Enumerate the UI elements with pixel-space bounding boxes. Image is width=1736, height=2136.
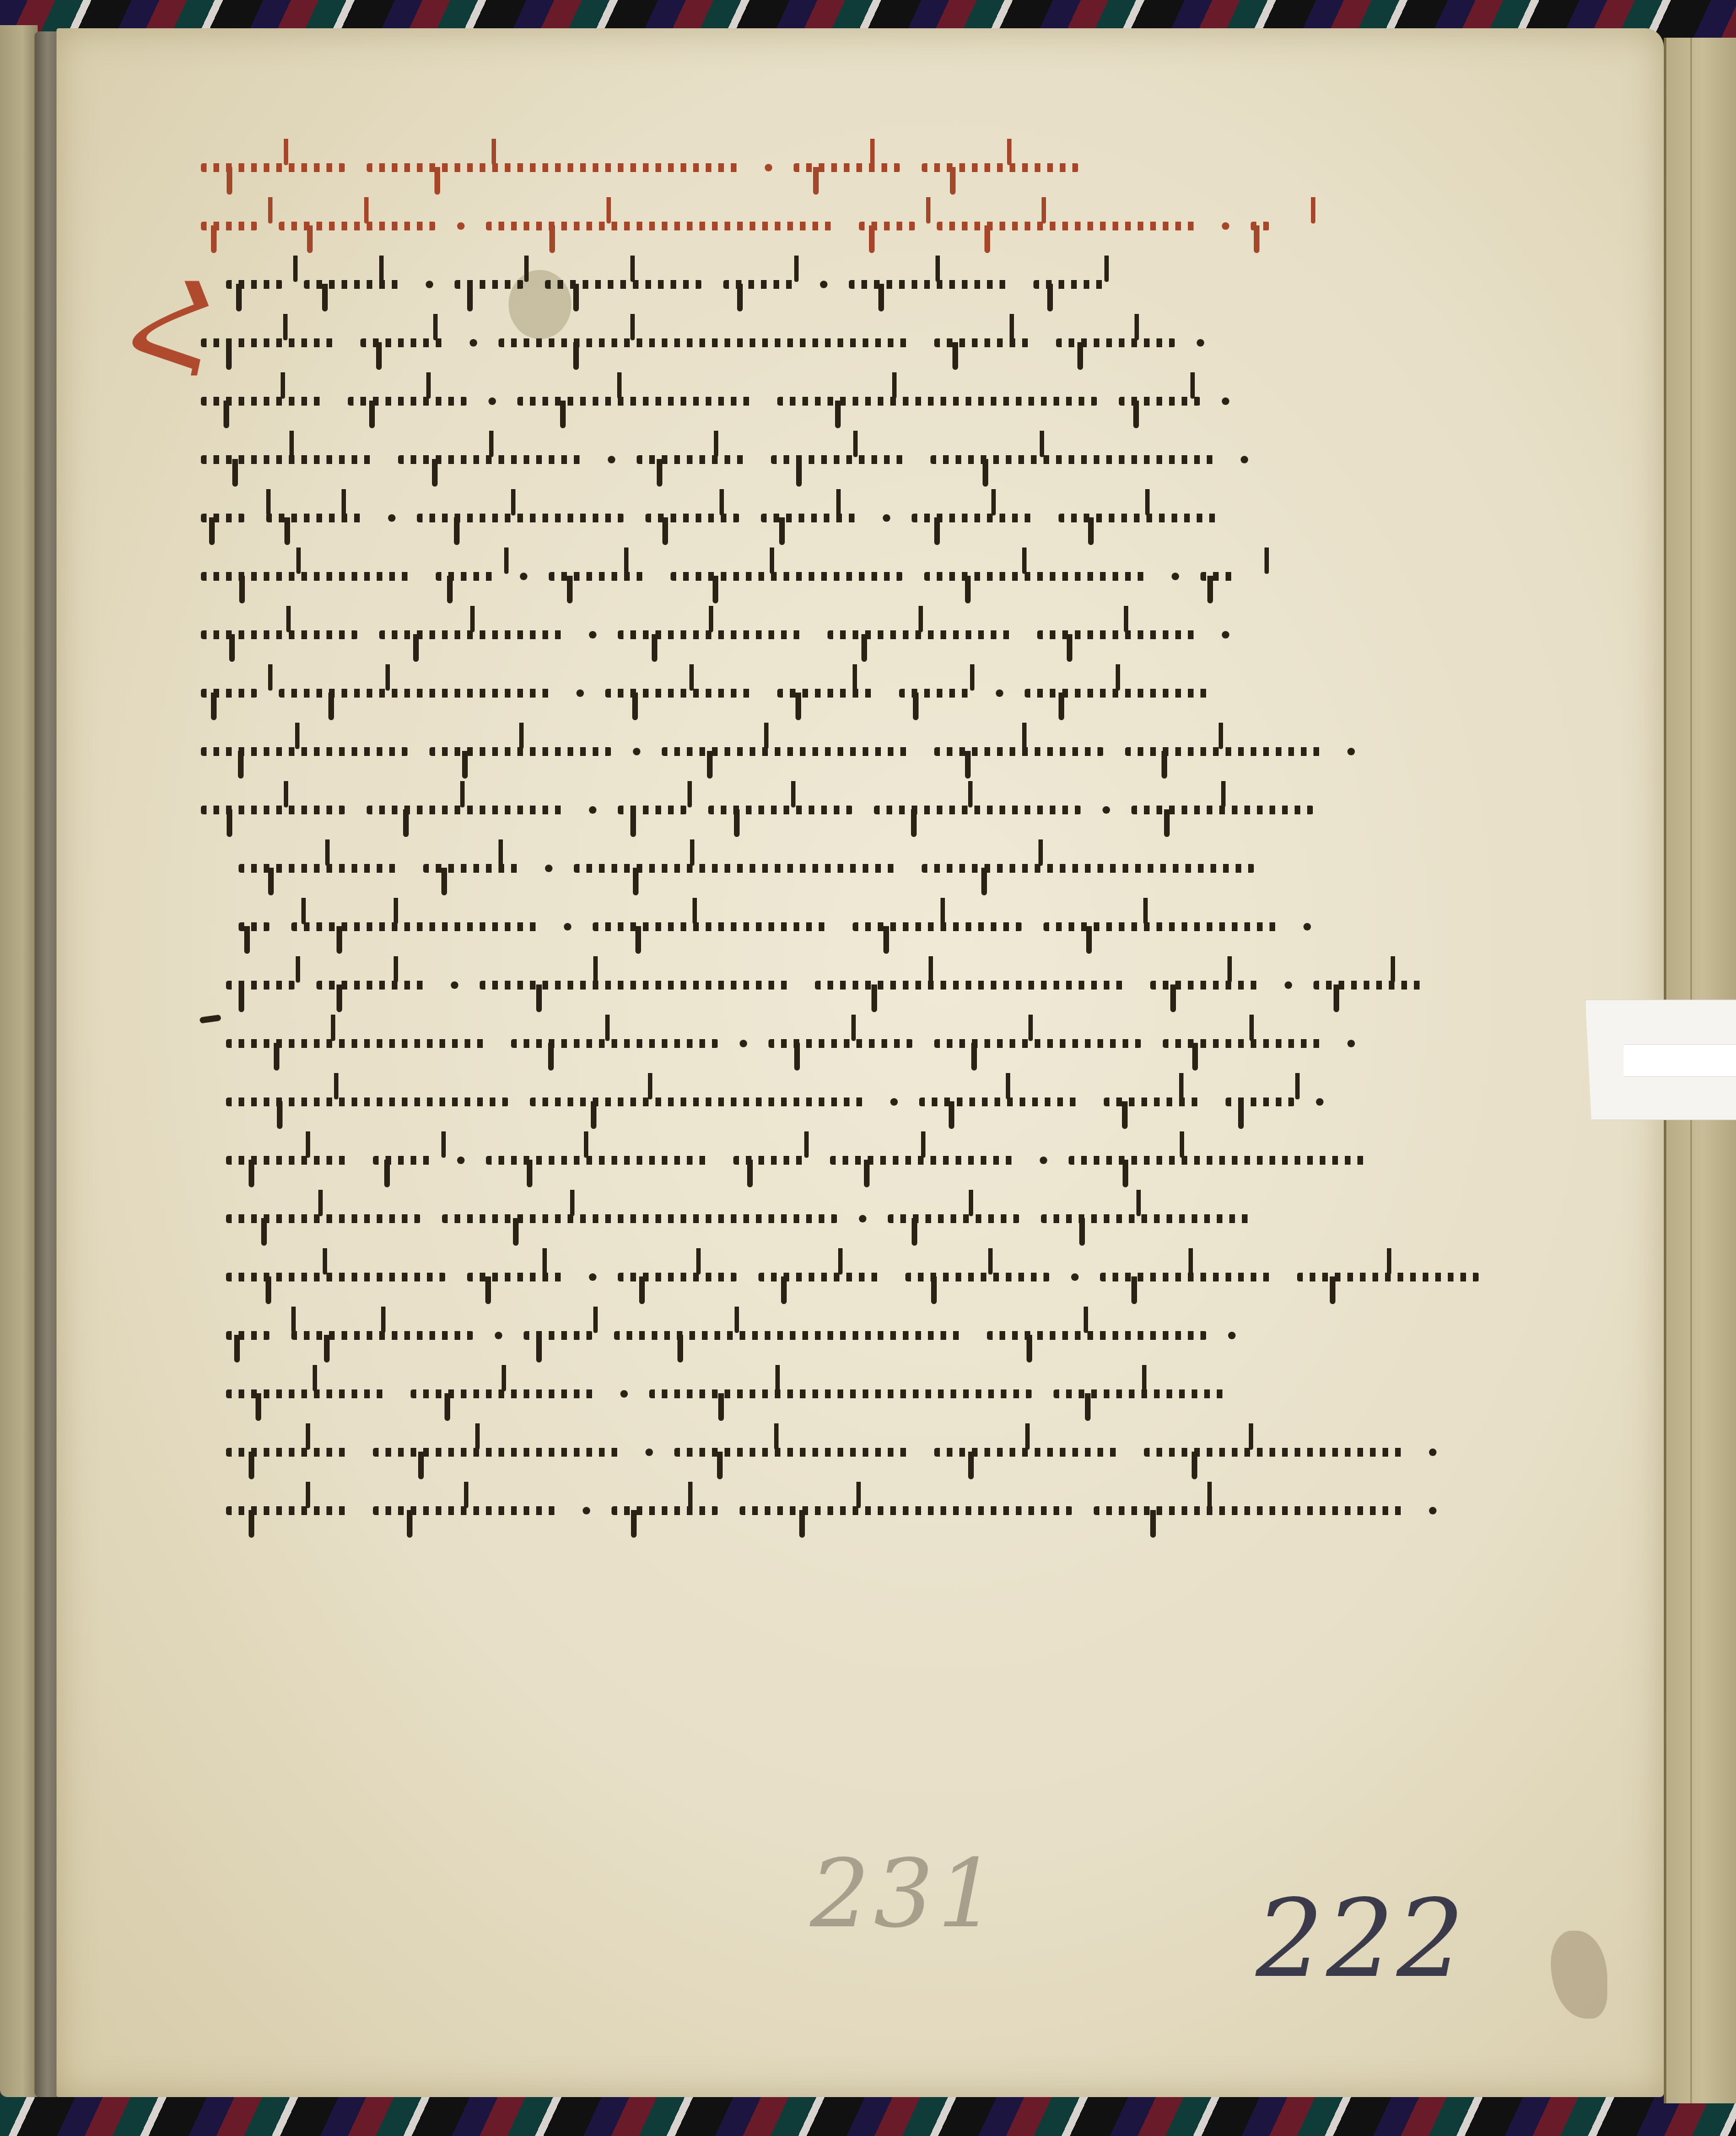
body-text-word [612, 1499, 718, 1523]
body-text-word [201, 448, 377, 472]
body-text-line [201, 839, 1507, 897]
punctuation-dot [495, 1332, 502, 1339]
punctuation-dot [1316, 1098, 1324, 1106]
body-text-word [373, 1440, 624, 1464]
punctuation-dot [996, 689, 1003, 697]
body-text-word [888, 1207, 1020, 1231]
body-text-word [905, 1265, 1050, 1289]
body-text-word [1297, 1265, 1479, 1289]
body-text-line [201, 722, 1507, 780]
rubric-word [486, 214, 838, 238]
punctuation-dot [1241, 456, 1248, 463]
body-text-word [1104, 1090, 1204, 1114]
body-text-word [593, 915, 831, 939]
body-text-word [1054, 1382, 1229, 1406]
body-text-word [649, 1382, 1032, 1406]
body-text-word [239, 856, 402, 880]
punctuation-dot [1103, 806, 1110, 814]
body-text-word [442, 1207, 838, 1231]
punctuation-dot [608, 456, 615, 463]
body-text-word [761, 506, 861, 530]
punctuation-dot [451, 981, 458, 989]
body-text-word [637, 448, 750, 472]
body-text-word [874, 798, 1081, 822]
body-text-word [758, 1265, 884, 1289]
page-marker-tab[interactable] [1585, 1000, 1736, 1120]
punctuation-dot [1429, 1448, 1437, 1456]
punctuation-dot [740, 1040, 747, 1047]
body-text-word [291, 1324, 473, 1347]
rubric-line [201, 197, 1507, 255]
body-text-word [279, 681, 555, 705]
body-text-word [549, 564, 649, 588]
body-text-word [853, 915, 1022, 939]
body-text-line [201, 1189, 1507, 1248]
body-text-word [379, 623, 568, 647]
body-text-word [618, 623, 806, 647]
body-text-line [201, 1014, 1507, 1072]
rubric-word [201, 156, 345, 180]
body-text-word [226, 1265, 446, 1289]
body-text-word [291, 915, 542, 939]
body-text-line [201, 780, 1507, 839]
body-text-word [1056, 331, 1175, 355]
rubric-word [937, 214, 1200, 238]
body-text-line [201, 372, 1507, 430]
punctuation-dot [820, 281, 828, 288]
body-text-line [201, 605, 1507, 664]
body-text-word [226, 973, 295, 997]
body-text-word [226, 1032, 490, 1055]
punctuation-dot [645, 1448, 653, 1456]
body-text-line [201, 1306, 1507, 1364]
body-text-line [201, 488, 1507, 547]
body-text-word [777, 389, 1097, 413]
punctuation-dot [1222, 631, 1229, 639]
body-text-word [1037, 623, 1200, 647]
body-text-word [226, 1440, 352, 1464]
body-text-word [239, 915, 270, 939]
rubric-line [201, 138, 1507, 197]
punctuation-dot [883, 514, 890, 522]
body-text-word [201, 798, 345, 822]
body-text-word [740, 1499, 1072, 1523]
punctuation-dot [564, 923, 571, 930]
body-text-word [226, 1148, 352, 1172]
body-text-word [605, 681, 756, 705]
body-text-word [674, 1440, 913, 1464]
body-text-word [201, 681, 257, 705]
body-text-word [723, 272, 799, 296]
body-text-word [201, 506, 245, 530]
punctuation-dot [589, 631, 596, 639]
punctuation-dot [1040, 1157, 1047, 1164]
body-text-line [201, 313, 1507, 372]
body-text-word [348, 389, 467, 413]
body-text-word [429, 740, 612, 763]
body-text-word [201, 331, 339, 355]
body-text-line [201, 430, 1507, 488]
body-text-word [201, 564, 414, 588]
body-text-word [618, 1265, 737, 1289]
punctuation-dot [470, 339, 477, 347]
punctuation-dot [1429, 1507, 1437, 1514]
body-text-word [1144, 1440, 1408, 1464]
body-text-word [486, 1148, 712, 1172]
body-text-line [201, 1481, 1507, 1540]
punctuation-dot [488, 397, 496, 405]
body-text-word [201, 740, 408, 763]
body-text-word [367, 798, 568, 822]
body-text-word [1125, 740, 1326, 763]
rubric-word [1251, 214, 1270, 238]
body-text-word [777, 681, 878, 705]
body-text-word [645, 506, 740, 530]
body-text-word [1313, 973, 1426, 997]
body-text-word [524, 1324, 593, 1347]
body-text-word [423, 856, 524, 880]
rubric-word [859, 214, 915, 238]
body-text-word [1043, 915, 1282, 939]
rubric-word [367, 156, 743, 180]
body-text-word [511, 1032, 718, 1055]
punctuation-dot [589, 1273, 596, 1281]
body-text-word [530, 1090, 869, 1114]
body-text-word [373, 1499, 561, 1523]
body-text-word [480, 973, 794, 997]
body-text-word [226, 1382, 389, 1406]
body-text-word [1150, 973, 1263, 997]
body-text-word [987, 1324, 1207, 1347]
body-text-word [316, 973, 429, 997]
body-text-word [771, 448, 909, 472]
body-text-word [499, 331, 913, 355]
body-text-word [828, 623, 1016, 647]
body-text-word [226, 1090, 509, 1114]
body-text-word [618, 798, 687, 822]
body-text-word [436, 564, 499, 588]
tab-fold [1624, 1044, 1736, 1077]
punctuation-dot [859, 1215, 866, 1222]
body-text-word [1163, 1032, 1326, 1055]
punctuation-dot [620, 1390, 628, 1398]
punctuation-dot [1172, 573, 1179, 580]
body-text-line [201, 664, 1507, 722]
body-text-line [201, 1248, 1507, 1306]
body-text-word [398, 448, 586, 472]
body-text-line [201, 1072, 1507, 1131]
body-text-word [922, 856, 1254, 880]
body-text-line [201, 897, 1507, 956]
body-text-word [934, 1032, 1141, 1055]
punctuation-dot [583, 1507, 590, 1514]
body-text-word [934, 740, 1104, 763]
punctuation-dot [545, 865, 553, 872]
body-text-line [201, 1423, 1507, 1481]
body-text-word [304, 272, 404, 296]
punctuation-dot [765, 164, 772, 171]
punctuation-dot [1347, 1040, 1355, 1047]
body-text-word [733, 1148, 809, 1172]
body-text-word [1131, 798, 1313, 822]
punctuation-dot [1347, 748, 1355, 755]
body-text-word [934, 1440, 1123, 1464]
rubric-word [201, 214, 257, 238]
body-text-word [849, 272, 1012, 296]
punctuation-dot [388, 514, 396, 522]
body-text-word [1119, 389, 1200, 413]
body-text-word [226, 1207, 421, 1231]
punctuation-dot [633, 748, 640, 755]
body-text-word [614, 1324, 966, 1347]
body-text-word [411, 1382, 599, 1406]
body-text-word [373, 1148, 436, 1172]
body-text-line [201, 1364, 1507, 1423]
body-text-line [201, 1131, 1507, 1189]
body-text-word [1094, 1499, 1408, 1523]
body-text-word [266, 506, 367, 530]
punctuation-dot [890, 1098, 898, 1106]
previous-page-edge [0, 25, 38, 2097]
body-text-word [226, 272, 283, 296]
punctuation-dot [1228, 1332, 1236, 1339]
body-text-word [768, 1032, 913, 1055]
body-text-word [708, 798, 853, 822]
punctuation-dot [1285, 981, 1292, 989]
punctuation-dot [1222, 397, 1229, 405]
body-text-word [201, 623, 358, 647]
body-text-word [1200, 564, 1238, 588]
body-text-word [919, 1090, 1082, 1114]
rubric-word [794, 156, 900, 180]
body-text-word [455, 272, 524, 296]
body-text-word [545, 272, 702, 296]
body-text-word [815, 973, 1129, 997]
body-text-line [201, 255, 1507, 313]
old-folio-number: 231 [810, 1840, 1001, 1949]
body-text-word [417, 506, 624, 530]
punctuation-dot [1071, 1273, 1079, 1281]
punctuation-dot [520, 573, 527, 580]
body-text-word [1059, 506, 1222, 530]
stain-spot [1551, 1931, 1607, 2019]
body-text-word [830, 1148, 1018, 1172]
body-text-word [899, 681, 974, 705]
body-text-line [201, 547, 1507, 605]
text-block [201, 138, 1507, 1540]
body-text-word [226, 1499, 352, 1523]
body-text-word [1025, 681, 1213, 705]
body-text-word [360, 331, 448, 355]
body-text-word [574, 856, 900, 880]
body-text-word [930, 448, 1219, 472]
punctuation-dot [426, 281, 433, 288]
punctuation-dot [576, 689, 584, 697]
punctuation-dot [457, 1157, 465, 1164]
body-text-word [1226, 1090, 1295, 1114]
body-text-line [201, 956, 1507, 1014]
body-text-word [912, 506, 1037, 530]
body-text-word [1069, 1148, 1370, 1172]
body-text-word [1033, 272, 1109, 296]
punctuation-dot [1303, 923, 1311, 930]
body-text-word [934, 331, 1035, 355]
folio-number: 222 [1256, 1877, 1467, 2002]
body-text-word [517, 389, 756, 413]
body-text-word [201, 389, 326, 413]
rubric-word [279, 214, 436, 238]
body-text-word [924, 564, 1150, 588]
punctuation-dot [1222, 222, 1229, 230]
rubric-word [922, 156, 1079, 180]
punctuation-dot [457, 222, 465, 230]
body-text-word [226, 1324, 270, 1347]
punctuation-dot [589, 806, 596, 814]
body-text-word [662, 740, 913, 763]
body-text-word [1100, 1265, 1276, 1289]
body-text-word [671, 564, 903, 588]
body-text-word [1041, 1207, 1254, 1231]
body-text-word [467, 1265, 568, 1289]
punctuation-dot [1197, 339, 1204, 347]
